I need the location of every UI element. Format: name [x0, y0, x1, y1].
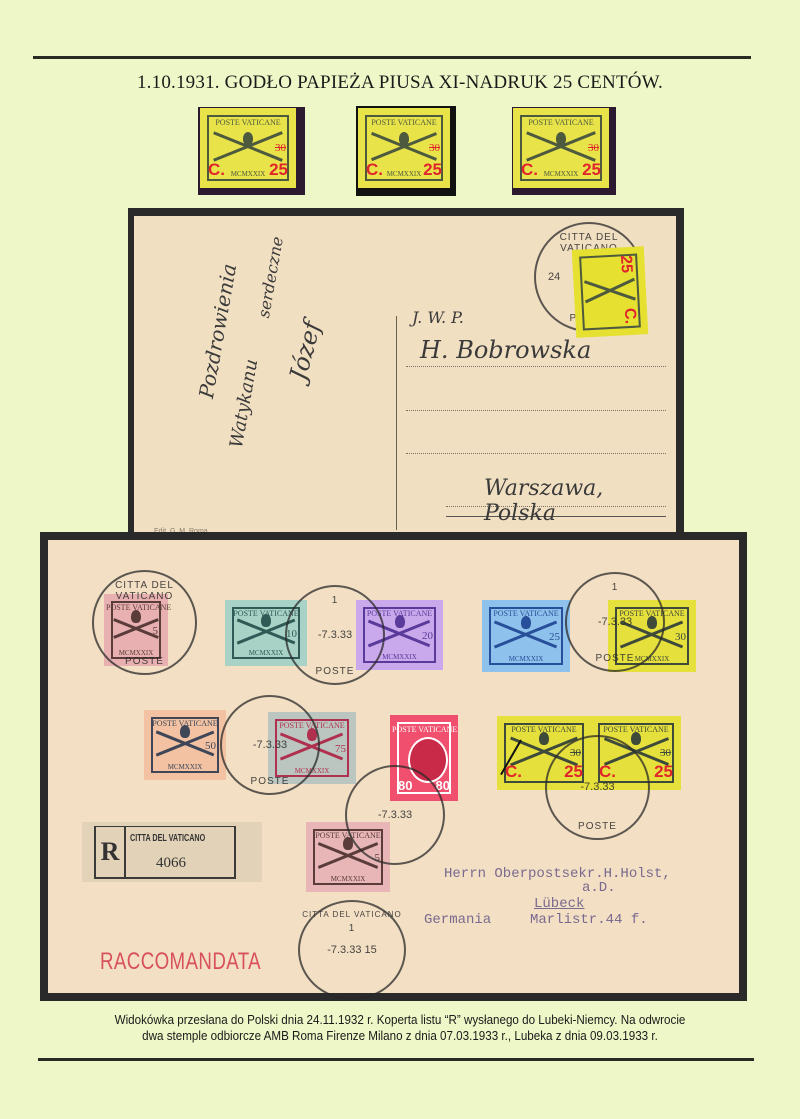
postmark: -7.3.33 [345, 765, 445, 865]
signature: Józef [284, 318, 327, 383]
address-handwriting: J. W. P. [412, 308, 464, 327]
postmark: -7.3.33 POSTE [545, 735, 650, 840]
crossed-keys-icon [211, 137, 285, 154]
divider-line [396, 316, 397, 530]
postmark: -7.3.33 POSTE [220, 695, 320, 795]
page-title: 1.10.1931. GODŁO PAPIEŻA PIUSA XI-NADRUK… [0, 72, 800, 94]
stamp: POSTE VATICANE 30 MCMXXIX C.25 [200, 108, 296, 188]
address-country: Germania [424, 912, 491, 928]
overprint: C.25 [208, 160, 288, 180]
postmark: 1 -7.3.33 POSTE [285, 585, 385, 685]
address-city: Lübeck [534, 896, 584, 912]
bottom-rule [38, 1058, 754, 1061]
caption: Widokówka przesłana do Polski dnia 24.11… [65, 1012, 735, 1044]
postmark: 1 -7.3.33 POSTE [565, 572, 665, 672]
crossed-keys-icon [524, 137, 598, 154]
stamp-25c: POSTE VATICANE 25MCMXXIX [482, 600, 570, 672]
overprint: C.25 [366, 160, 442, 180]
greeting-handwriting: Pozdrowienia [194, 262, 241, 400]
overprint: C.25 [521, 160, 601, 180]
postcard-stamp: 25 C. [572, 246, 649, 338]
postcard: Pozdrowienia serdeczne Watykanu Józef J.… [128, 208, 684, 533]
stamp: POSTE VATICANE 30 MCMXXIX C.25 [358, 108, 450, 188]
postmark: CITTA DEL VATICANO 1 -7.3.33 15 [298, 900, 406, 1000]
raccomandata-stamp: RACCOMANDATA [100, 948, 261, 976]
registration-label: R CITTA DEL VATICANO 4066 [82, 822, 262, 882]
postmark: CITTA DEL VATICANO POSTE [92, 570, 197, 675]
address-line: a.D. [582, 880, 616, 896]
address-street: Marlistr.44 f. [530, 912, 648, 928]
stamp-50c: POSTE VATICANE 50MCMXXIX [144, 710, 226, 780]
top-rule [33, 56, 751, 59]
stamp: POSTE VATICANE 30 MCMXXIX C.25 [513, 108, 609, 188]
crossed-keys-icon [582, 279, 637, 300]
address-line: Herrn Oberpostsekr.H.Holst, [444, 866, 671, 882]
